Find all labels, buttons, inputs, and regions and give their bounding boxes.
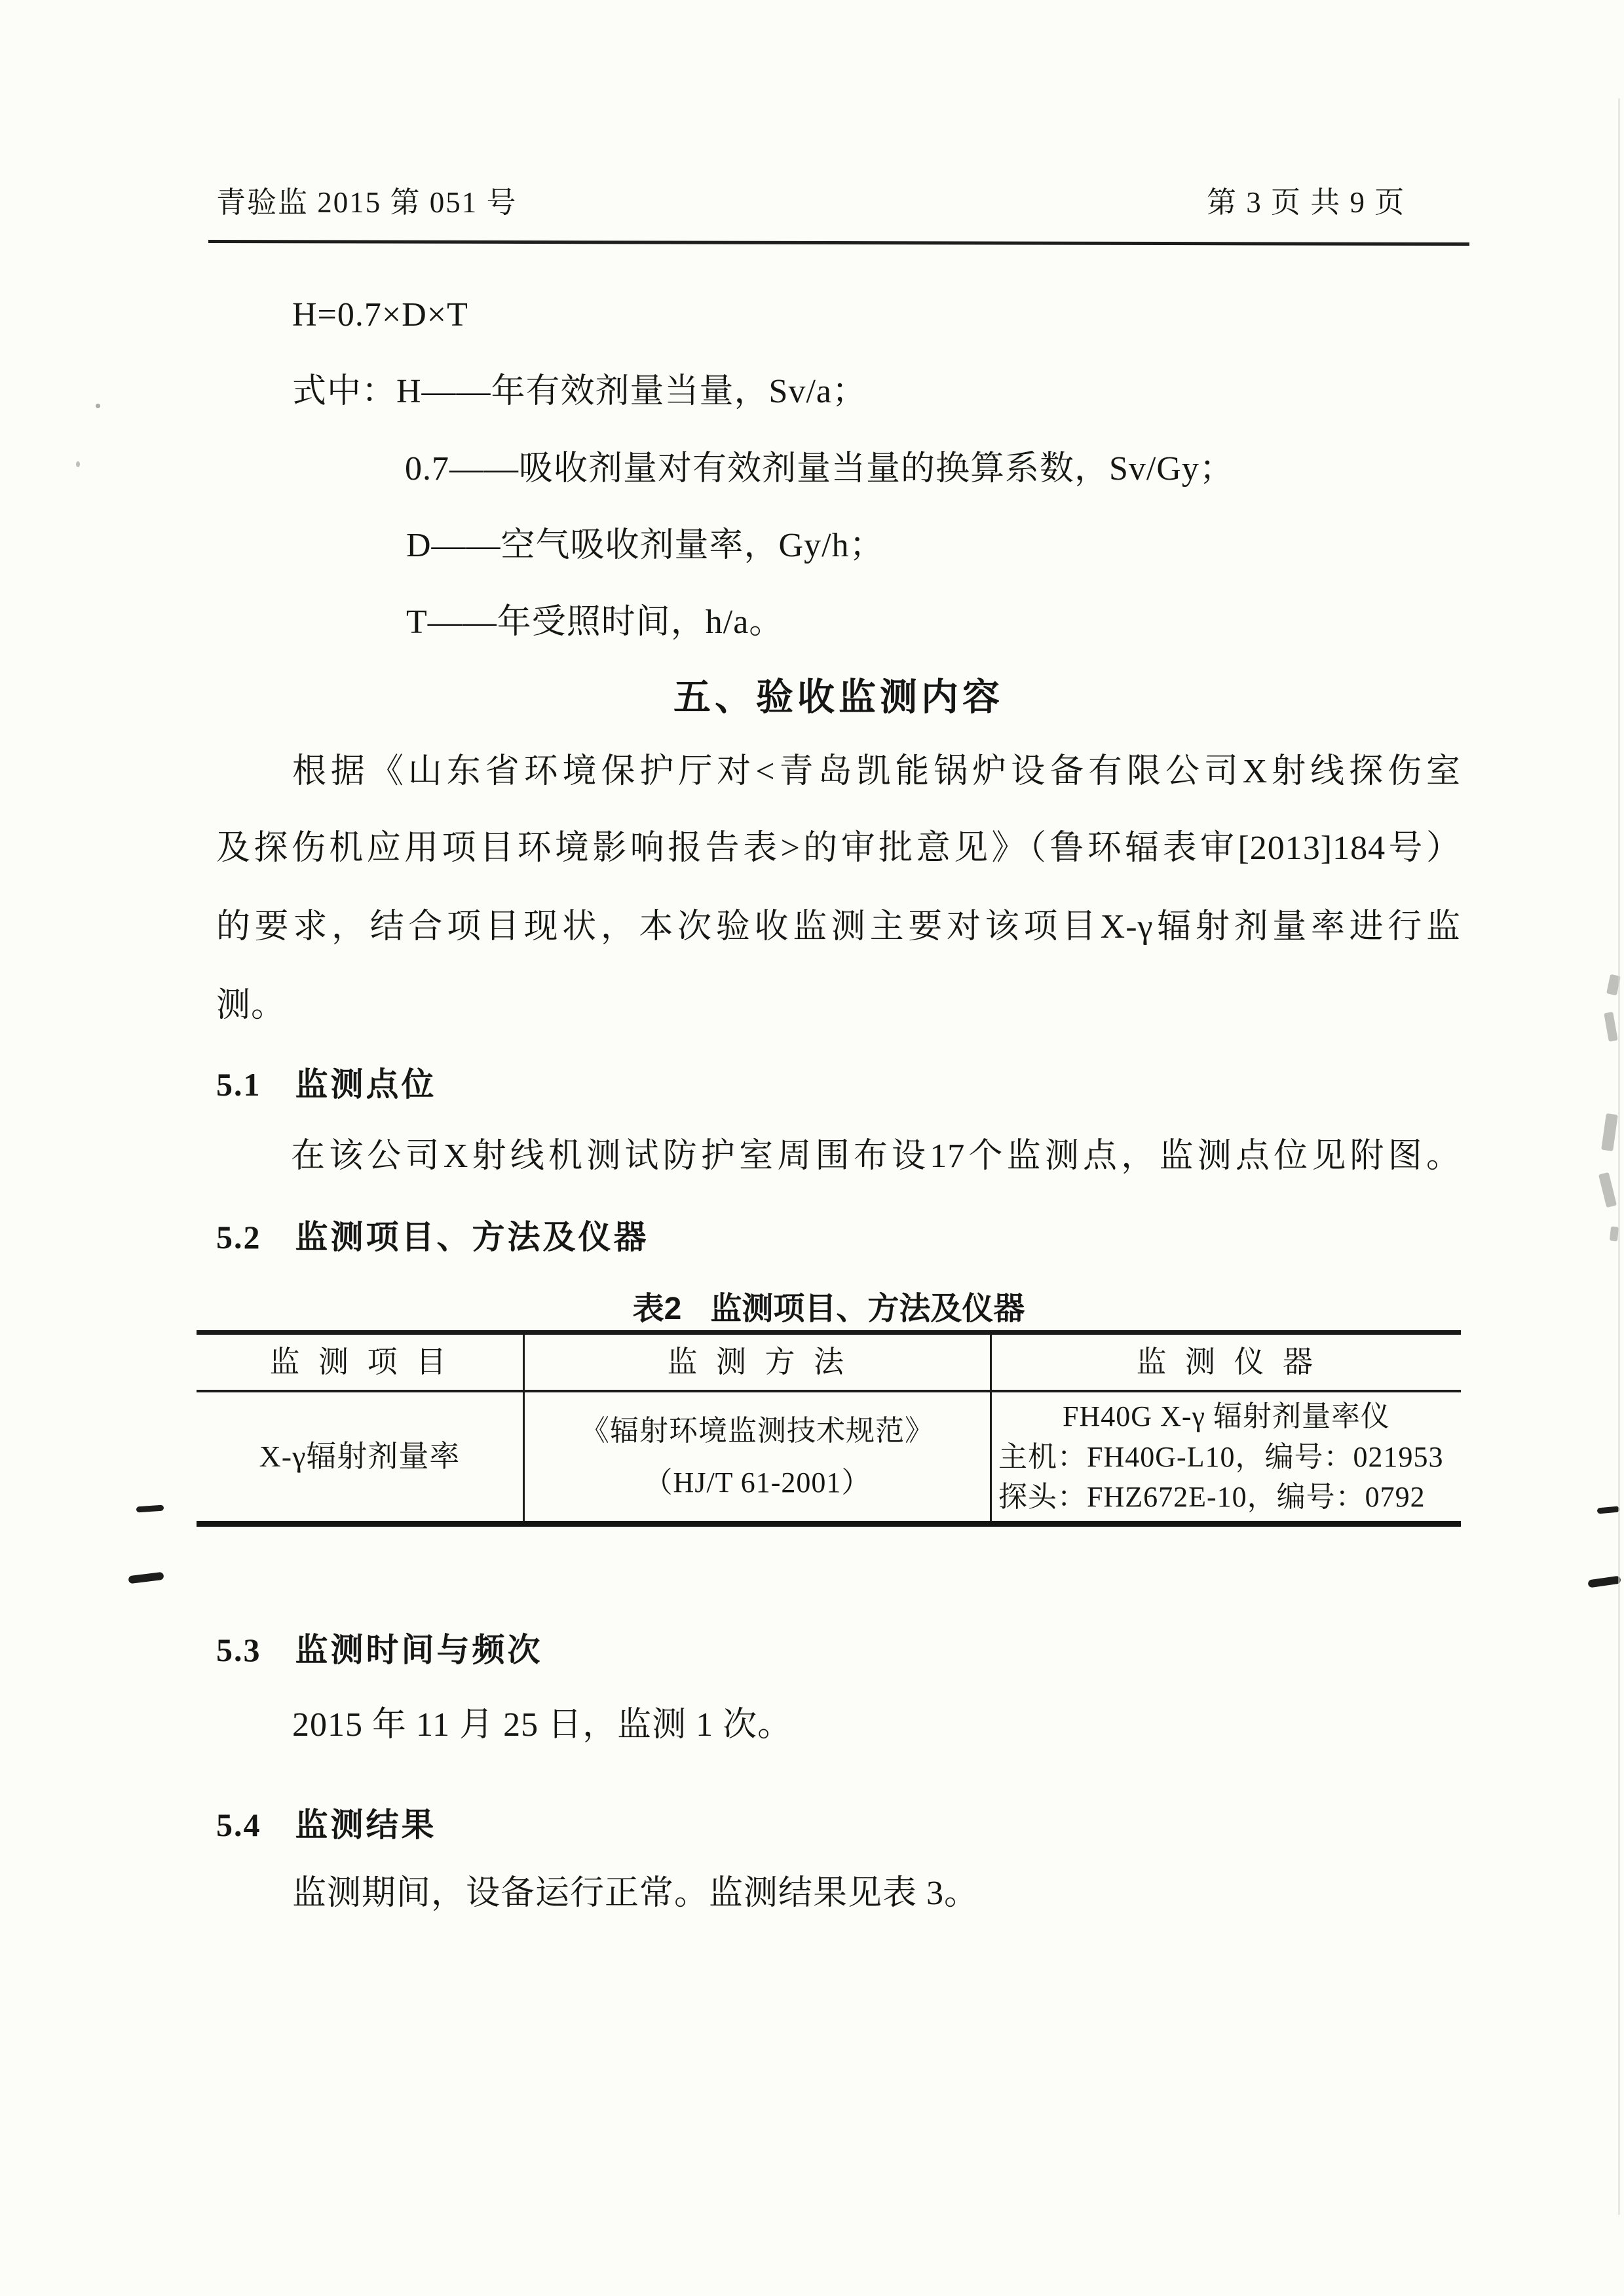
header-page-indicator: 第 3 页 共 9 页 bbox=[1207, 178, 1405, 221]
chapter-heading: 五、验收监测内容 bbox=[216, 667, 1461, 721]
section-5-1-body: 在该公司X射线机测试防护室周围布设17个监测点，监测点位见附图。 bbox=[216, 1135, 1461, 1177]
page-edge-shadow bbox=[1618, 98, 1620, 2215]
margin-scribble bbox=[1601, 1113, 1618, 1151]
section-5-4-heading: 5.4监测结果 bbox=[216, 1799, 437, 1846]
section-title: 监测时间与频次 bbox=[295, 1632, 543, 1668]
header-doc-number: 青验监 2015 第 051 号 bbox=[216, 178, 518, 221]
formula-definition-line: T——年受照时间，h/a。 bbox=[406, 601, 784, 643]
table2-header-cell-method: 监测方法 bbox=[525, 1335, 992, 1390]
table2-cell-method: 《辐射环境监测技术规范》 （HJ/T 61-2001） bbox=[525, 1392, 992, 1521]
header-rule bbox=[208, 240, 1469, 246]
table2-body-row: X-γ辐射剂量率 《辐射环境监测技术规范》 （HJ/T 61-2001） FH4… bbox=[197, 1392, 1461, 1521]
section-5-1-heading: 5.1监测点位 bbox=[216, 1058, 437, 1105]
margin-scribble bbox=[1610, 1226, 1619, 1241]
section-title: 监测项目、方法及仪器 bbox=[295, 1219, 649, 1255]
table2-header-cell-instrument: 监测仪器 bbox=[992, 1335, 1461, 1390]
formula-definition-line: 式中：H——年有效剂量当量，Sv/a； bbox=[292, 370, 867, 413]
scan-dash bbox=[128, 1572, 164, 1584]
table2-cell-instrument: FH40G X-γ 辐射剂量率仪 主机：FH40G-L10，编号：021953 … bbox=[992, 1392, 1461, 1521]
table-caption-title: 监测项目、方法及仪器 bbox=[710, 1291, 1025, 1326]
document-page: 青验监 2015 第 051 号 第 3 页 共 9 页 H=0.7×D×T 式… bbox=[0, 0, 1624, 2296]
section-title: 监测点位 bbox=[295, 1066, 437, 1103]
section-number: 5.3 bbox=[216, 1632, 261, 1668]
instrument-line: FH40G X-γ 辐射剂量率仪 bbox=[998, 1396, 1454, 1437]
table2-header-cell-item: 监测项目 bbox=[197, 1335, 525, 1390]
intro-paragraph-line: 根据《山东省环境保护厅对<青岛凯能锅炉设备有限公司X射线探伤室 bbox=[216, 750, 1461, 793]
intro-paragraph-line: 测。 bbox=[216, 984, 286, 1027]
section-5-3-body: 2015 年 11 月 25 日，监测 1 次。 bbox=[292, 1704, 792, 1746]
formula-definition-line: 0.7——吸收剂量对有效剂量当量的换算系数，Sv/Gy； bbox=[405, 448, 1234, 490]
method-line: 《辐射环境监测技术规范》 bbox=[580, 1411, 934, 1451]
table2-cell-item: X-γ辐射剂量率 bbox=[197, 1392, 525, 1521]
method-line: （HJ/T 61-2001） bbox=[644, 1463, 871, 1503]
formula-equation: H=0.7×D×T bbox=[292, 294, 468, 336]
intro-paragraph-line: 的要求，结合项目现状，本次验收监测主要对该项目X-γ辐射剂量率进行监 bbox=[216, 906, 1461, 948]
section-5-3-heading: 5.3监测时间与频次 bbox=[216, 1624, 543, 1671]
section-5-4-body: 监测期间，设备运行正常。监测结果见表 3。 bbox=[292, 1872, 979, 1915]
margin-scribble bbox=[1598, 1172, 1617, 1208]
scan-speck bbox=[76, 461, 80, 467]
intro-paragraph-line: 及探伤机应用项目环境影响报告表>的审批意见》（鲁环辐表审[2013]184号） bbox=[216, 827, 1461, 870]
instrument-line: 探头：FHZ672E-10，编号：0792 bbox=[998, 1477, 1454, 1518]
margin-scribble bbox=[1604, 1012, 1617, 1042]
section-5-2-heading: 5.2监测项目、方法及仪器 bbox=[216, 1211, 649, 1258]
section-number: 5.2 bbox=[216, 1219, 261, 1255]
section-number: 5.4 bbox=[216, 1807, 261, 1843]
scan-dash bbox=[136, 1505, 164, 1513]
formula-definition-line: D——空气吸收剂量率，Gy/h； bbox=[406, 524, 884, 567]
section-number: 5.1 bbox=[216, 1066, 261, 1103]
section-title: 监测结果 bbox=[295, 1807, 437, 1843]
scan-dash bbox=[1597, 1506, 1620, 1514]
table2: 监测项目 监测方法 监测仪器 X-γ辐射剂量率 《辐射环境监测技术规范》 （HJ… bbox=[197, 1330, 1461, 1527]
scan-dash bbox=[1587, 1576, 1621, 1588]
scan-speck bbox=[96, 404, 100, 408]
table2-caption: 表2监测项目、方法及仪器 bbox=[197, 1283, 1461, 1328]
table-caption-label: 表2 bbox=[633, 1291, 682, 1326]
table2-header-row: 监测项目 监测方法 监测仪器 bbox=[197, 1335, 1461, 1392]
instrument-line: 主机：FH40G-L10，编号：021953 bbox=[998, 1437, 1454, 1478]
